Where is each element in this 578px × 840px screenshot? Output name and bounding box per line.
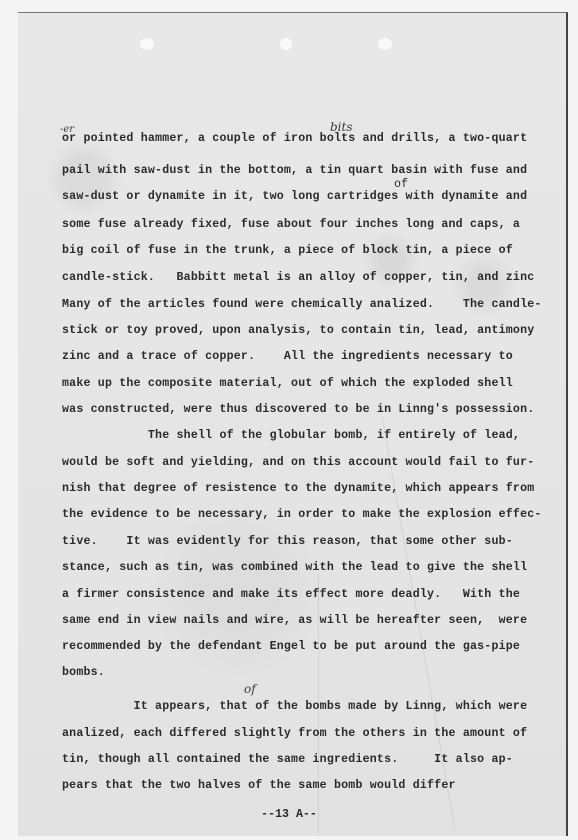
text-line: was constructed, were thus discovered to… (62, 403, 534, 416)
text-line: zinc and a trace of copper. All the ingr… (62, 350, 513, 363)
text-line: make up the composite material, out of w… (62, 377, 513, 390)
text-line: nish that degree of resistence to the dy… (62, 482, 534, 495)
text-line: tive. It was evidently for this reason, … (62, 535, 513, 548)
text-line: a firmer consistence and make its effect… (62, 588, 520, 601)
text-line: pears that the two halves of the same bo… (62, 779, 456, 792)
punch-hole (140, 38, 154, 50)
text-line: The shell of the globular bomb, if entir… (62, 429, 520, 442)
text-line: stick or toy proved, upon analysis, to c… (62, 324, 534, 337)
text-line: same end in view nails and wire, as will… (62, 614, 527, 627)
handwritten-insert-of: of (244, 682, 256, 696)
text-line: tin, though all contained the same ingre… (62, 753, 513, 766)
text-line: analized, each differed slightly from th… (62, 727, 527, 740)
text-line: candle-stick. Babbitt metal is an alloy … (62, 271, 534, 284)
text-line: would be soft and yielding, and on this … (62, 456, 534, 469)
text-line: or pointed hammer, a couple of iron bolt… (62, 132, 527, 145)
punch-hole (378, 38, 392, 50)
punch-hole (280, 38, 292, 50)
text-line: It appears, that of the bombs made by Li… (62, 700, 527, 713)
text-line: big coil of fuse in the trunk, a piece o… (62, 244, 513, 257)
text-line: Many of the articles found were chemical… (62, 298, 542, 311)
text-line: stance, such as tin, was combined with t… (62, 561, 527, 574)
text-line: recommended by the defendant Engel to be… (62, 640, 520, 653)
text-line: saw-dust or dynamite in it, two long car… (62, 190, 527, 203)
text-line: pail with saw-dust in the bottom, a tin … (62, 164, 527, 177)
text-line: some fuse already fixed, fuse about four… (62, 218, 520, 231)
page-number: --13 A-- (0, 808, 578, 821)
text-line: the evidence to be necessary, in order t… (62, 508, 542, 521)
text-line: bombs. (62, 666, 105, 679)
